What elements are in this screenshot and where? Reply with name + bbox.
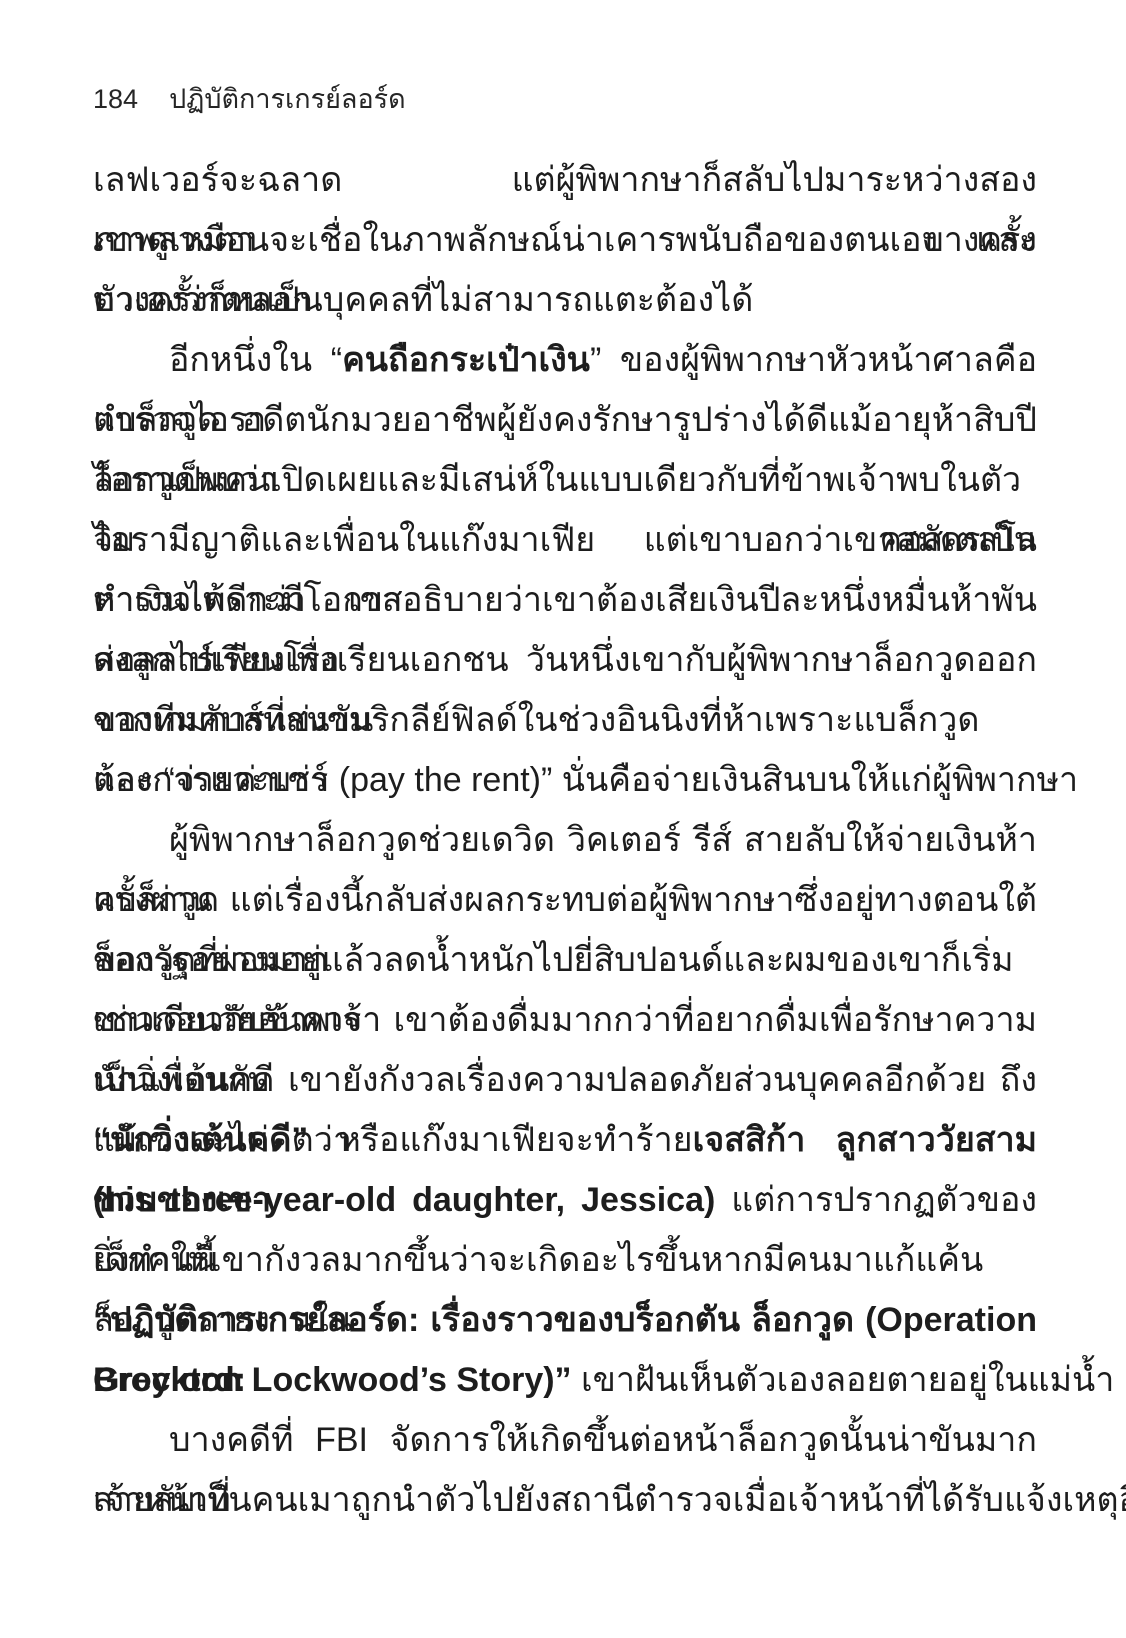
body-line: “ปฏิบัติการเกรย์ลอร์ด: เรื่องราวของบร็อก… [93,1290,1037,1350]
emphasized-text-segment: (his three-year-old daughter, Jessica) [93,1181,715,1219]
body-line: ไอรามีญาติและเพื่อนในแก๊งมาเฟีย แต่เขาบอ… [93,510,1037,570]
text-segment: สายลับเป็นคนเมาถูกนำตัวไปยังสถานีตำรวจเม… [93,1481,1126,1519]
body-line: Brockton Lockwood’s Story)” เขาฝันเห็นตั… [93,1350,1037,1410]
body-line: บางคดีที่ FBI จัดการให้เกิดขึ้นต่อหน้าล็… [93,1410,1037,1470]
emphasized-text-segment: “นักวิ่งเต้นคดี” [93,1121,308,1159]
page-header: 184ปฏิบัติการเกรย์ลอร์ด [93,82,1036,116]
emphasized-text-segment: คนถือกระเป๋าเงิน [342,341,590,379]
body-line: ผู้พิพากษาล็อกวูดช่วยเดวิด วิคเตอร์ รีส์… [93,810,1037,870]
body-line: ไอราเป็นคนเปิดเผยและมีเสน่ห์ในแบบเดียวกั… [93,450,1037,510]
paragraph: เลฟเวอร์จะฉลาด แต่ผู้พิพากษาก็สลับไปมาระ… [93,150,1037,330]
body-line: นักวิ่งเต้นคดี เขายังกังวลเรื่องความปลอด… [93,1050,1037,1110]
text-segment: ตัวเองว่าตนเป็นบุคคลที่ไม่สามารถแตะต้องไ… [93,281,753,319]
text-segment: เขาฝันเห็นตัวเองลอยตายอยู่ในแม่น้ำ [572,1361,1115,1399]
body-line: ยิ่งทำให้เขากังวลมากขึ้นว่าจะเกิดอะไรขึ้… [93,1230,1037,1290]
text-segment: อีกหนึ่งใน “ [169,341,342,379]
running-title: ปฏิบัติการเกรย์ลอร์ด [169,82,406,116]
body-line: อีกหนึ่งใน “คนถือกระเป๋าเงิน” ของผู้พิพา… [93,330,1037,390]
emphasized-text-segment: Brockton Lockwood’s Story)” [93,1361,572,1399]
body-line: ล็อกวูดที่ผอมอยู่แล้วลดน้ำหนักไปยี่สิบปอ… [93,930,1037,990]
body-text: เลฟเวอร์จะฉลาด แต่ผู้พิพากษาก็สลับไปมาระ… [93,150,1037,1530]
paragraph: บางคดีที่ FBI จัดการให้เกิดขึ้นต่อหน้าล็… [93,1410,1037,1530]
body-line: ส่งลูกไปเรียนโรงเรียนเอกชน วันหนึ่งเขากั… [93,630,1037,690]
body-line: “นักวิ่งเต้นคดี” หรือแก๊งมาเฟียจะทำร้ายเ… [93,1110,1037,1170]
paragraph: อีกหนึ่งใน “คนถือกระเป๋าเงิน” ของผู้พิพา… [93,330,1037,810]
body-line: ตัวเองว่าตนเป็นบุคคลที่ไม่สามารถแตะต้องไ… [93,270,1037,330]
body-line: แบล็กวูด แต่เรื่องนี้กลับส่งผลกระทบต่อผู… [93,870,1037,930]
body-line: เขาดูเหมือนจะเชื่อในภาพลักษณ์น่าเคารพนับ… [93,210,1037,270]
body-line: หาเงินได้ดีกว่า เขาอธิบายว่าเขาต้องเสียเ… [93,570,1037,630]
body-line: สายลับเป็นคนเมาถูกนำตัวไปยังสถานีตำรวจเม… [93,1470,1037,1530]
body-line: เลฟเวอร์จะฉลาด แต่ผู้พิพากษาก็สลับไปมาระ… [93,150,1037,210]
body-line: และ “จ่ายค่าเช่า (pay the rent)” นั่นคือ… [93,750,1037,810]
body-line: (his three-year-old daughter, Jessica) แ… [93,1170,1037,1230]
book-page: 184ปฏิบัติการเกรย์ลอร์ด เลฟเวอร์จะฉลาด แ… [0,0,1126,1638]
body-line: ของทีมคับส์ที่สนามริกลีย์ฟิลด์ในช่วงอินน… [93,690,1037,750]
body-line: เช่นเดียวกับข้าพเจ้า เขาต้องดื่มมากกว่าท… [93,990,1037,1050]
body-line: แบล็กวูด อดีตนักมวยอาชีพผู้ยังคงรักษารูป… [93,390,1037,450]
page-number: 184 [93,82,138,116]
paragraph: ผู้พิพากษาล็อกวูดช่วยเดวิด วิคเตอร์ รีส์… [93,810,1037,1410]
text-segment: หรือแก๊งมาเฟียจะทำร้าย [308,1121,692,1159]
text-segment: และ “จ่ายค่าเช่า (pay the rent)” นั่นคือ… [93,761,1078,799]
